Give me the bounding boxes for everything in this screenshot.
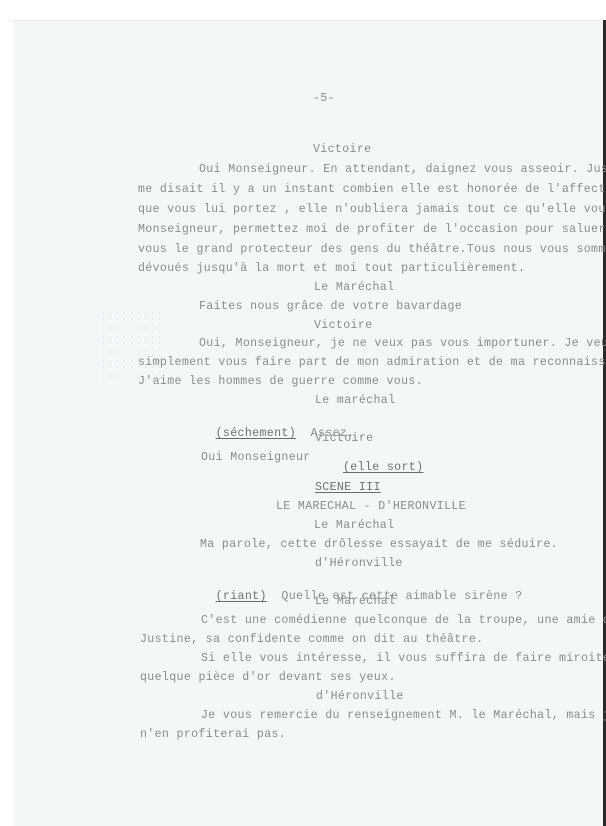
scene-heading: SCENE III bbox=[315, 481, 381, 495]
scene-characters: LE MARECHAL - D'HERONVILLE bbox=[276, 500, 466, 514]
speaker-le-marechal: Le Maréchal bbox=[314, 281, 394, 295]
dialogue-line: Faites nous grâce de votre bavardage bbox=[199, 300, 462, 314]
speaker-dheronville: d'Héronville bbox=[315, 557, 403, 571]
dialogue-line: simplement vous faire part de mon admira… bbox=[138, 356, 606, 370]
stage-direction: (riant) bbox=[216, 590, 267, 603]
dialogue-line: dévoués jusqu'à la mort et moi tout part… bbox=[138, 262, 525, 276]
dialogue-line: vous le grand protecteur des gens du thé… bbox=[138, 243, 606, 257]
dialogue-line: Si elle vous intéresse, il vous suffira … bbox=[201, 652, 606, 666]
dialogue-line: que vous lui portez , elle n'oubliera ja… bbox=[138, 203, 606, 217]
dialogue-line: Monseigneur, permettez moi de profiter d… bbox=[138, 223, 606, 237]
dialogue-line: Oui Monseigneur bbox=[201, 451, 311, 465]
dialogue-line: Je vous remercie du renseignement M. le … bbox=[201, 709, 606, 723]
dialogue-line: C'est une comédienne quelconque de la tr… bbox=[201, 614, 606, 628]
dialogue-line: Ma parole, cette drôlesse essayait de me… bbox=[200, 538, 558, 552]
stage-direction: (elle sort) bbox=[343, 461, 423, 475]
dialogue-line: Oui Monseigneur. En attendant, daignez v… bbox=[199, 163, 606, 177]
dialogue-line: quelque pièce d'or devant ses yeux. bbox=[140, 671, 396, 685]
dialogue-line: me disait il y a un instant combien elle… bbox=[138, 183, 606, 197]
dialogue-line: Oui, Monseigneur, je ne veux pas vous im… bbox=[199, 337, 606, 351]
dialogue-line: n'en profiterai pas. bbox=[140, 728, 286, 742]
speaker-le-marechal: Le maréchal bbox=[315, 394, 395, 408]
stage-direction: (séchement) bbox=[216, 427, 296, 440]
dialogue-line: Justine, sa confidente comme on dit au t… bbox=[140, 633, 483, 647]
speaker-le-marechal: Le Maréchal bbox=[315, 595, 395, 609]
page-number: -5- bbox=[313, 92, 335, 106]
speaker-le-marechal: Le Maréchal bbox=[314, 519, 394, 533]
speaker-dheronville: d'Héronville bbox=[316, 690, 404, 704]
speaker-victoire: Victoire bbox=[314, 319, 372, 333]
speaker-victoire: Victoire bbox=[315, 432, 373, 446]
dialogue-line: J'aime les hommes de guerre comme vous. bbox=[138, 375, 423, 389]
speaker-victoire: Victoire bbox=[313, 143, 371, 157]
